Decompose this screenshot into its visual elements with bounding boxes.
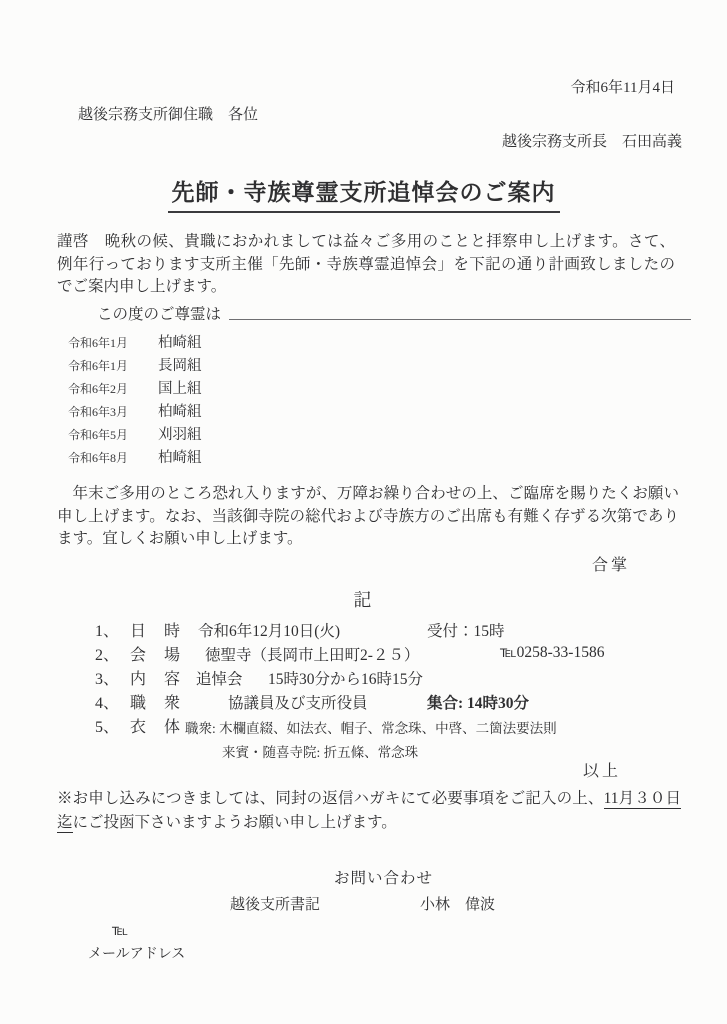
ijou-closing: 以上 <box>583 758 621 781</box>
item-value: 職衆: 木欄直綴、如法衣、帽子、常念珠、中啓、二箇法要法則 <box>185 717 557 737</box>
item-value: 徳聖寺（長岡市上田町2-２５） <box>205 643 419 665</box>
item-number: 1、 <box>95 618 119 641</box>
sonrei-heading: この度のご尊霊は <box>97 302 221 324</box>
sonrei-heading-row: この度のご尊霊は <box>97 302 691 324</box>
sonrei-date: 令和6年2月 <box>68 380 158 397</box>
sonrei-group: 柏崎組 <box>158 450 202 466</box>
sonrei-date: 令和6年3月 <box>68 403 158 420</box>
note-pre: ※お申し込みにつきましては、同封の返信ハガキにて必要事項をご記入の上、 <box>57 790 604 807</box>
item-number: 3、 <box>95 666 119 689</box>
item-number: 5、 <box>95 714 119 737</box>
document-date: 令和6年11月4日 <box>571 76 675 97</box>
sonrei-group: 柏崎組 <box>158 335 202 351</box>
sonrei-date: 令和6年1月 <box>68 334 158 351</box>
item-row-officiants: 4、 職 衆 協議員及び支所役員 集合: 14時30分 <box>0 690 727 714</box>
sonrei-row: 令和6年2月国上組 <box>68 377 202 399</box>
blank-underline <box>229 319 691 320</box>
gassho-salutation: 合掌 <box>592 552 630 575</box>
sonrei-group: 国上組 <box>158 381 202 397</box>
sonrei-row: 令和6年8月柏崎組 <box>68 446 202 468</box>
item-extra: 15時30分から16時15分 <box>268 667 423 689</box>
item-value: 協議員及び支所役員 <box>228 691 368 713</box>
item-row-venue: 2、 会 場 徳聖寺（長岡市上田町2-２５） ℡0258-33-1586 <box>0 642 727 666</box>
sonrei-row: 令和6年5月刈羽組 <box>68 423 202 445</box>
sonrei-date: 令和6年8月 <box>68 449 158 466</box>
sonrei-row: 令和6年1月長岡組 <box>68 354 202 376</box>
item-label: 会 場 <box>130 642 181 665</box>
mail-label: メールアドレス <box>88 943 185 963</box>
item-number: 2、 <box>95 642 119 665</box>
contact-name: 小林 偉波 <box>420 893 495 914</box>
contact-heading: お問い合わせ <box>0 866 727 888</box>
item-extra-assembly: 集合: 14時30分 <box>427 691 529 713</box>
sonrei-group: 長岡組 <box>158 358 202 374</box>
sender-line: 越後宗務支所長 石田高義 <box>502 130 682 151</box>
tel-label: ℡ <box>112 921 128 940</box>
scanned-letter-page: 令和6年11月4日 越後宗務支所御住職 各位 越後宗務支所長 石田高義 先師・寺… <box>0 0 727 1024</box>
sonrei-group: 刈羽組 <box>158 427 202 443</box>
item-row-content: 3、 内 容 追悼会 15時30分から16時15分 <box>0 666 727 690</box>
item-label: 職 衆 <box>130 690 181 713</box>
greeting-paragraph: 謹啓 晩秋の候、貴職におかれましては益々ご多用のことと拝察申し上げます。さて、例… <box>57 231 675 299</box>
note-paragraph: ※お申し込みにつきましては、同封の返信ハガキにて必要事項をご記入の上、11月３０… <box>57 787 681 834</box>
item-row-datetime: 1、 日 時 令和6年12月10日(火) 受付：15時 <box>0 618 727 642</box>
item-value: 令和6年12月10日(火) <box>198 619 340 641</box>
sonrei-row: 令和6年1月柏崎組 <box>68 331 202 353</box>
item-value: 来賓・随喜寺院: 折五條、常念珠 <box>222 741 418 761</box>
item-label: 内 容 <box>130 666 181 689</box>
document-title: 先師・寺族尊霊支所追悼会のご案内 <box>168 174 560 213</box>
item-extra: 受付：15時 <box>427 619 505 641</box>
item-label: 衣 体 <box>130 714 181 737</box>
item-row-attire: 5、 衣 体 職衆: 木欄直綴、如法衣、帽子、常念珠、中啓、二箇法要法則 <box>0 714 727 738</box>
closing-paragraph: 年末ご多用のところ恐れ入りますが、万障お繰り合わせの上、ご臨席を賜りたくお願い申… <box>57 483 679 551</box>
sonrei-row: 令和6年3月柏崎組 <box>68 400 202 422</box>
item-number: 4、 <box>95 690 119 713</box>
sonrei-group: 柏崎組 <box>158 404 202 420</box>
addressee-line: 越後宗務支所御住職 各位 <box>78 103 258 124</box>
contact-role: 越後支所書記 <box>230 893 320 914</box>
sonrei-date: 令和6年1月 <box>68 357 158 374</box>
sonrei-date: 令和6年5月 <box>68 426 158 443</box>
ki-heading: 記 <box>0 586 727 612</box>
document-title-wrap: 先師・寺族尊霊支所追悼会のご案内 <box>0 174 727 213</box>
item-value: 追悼会 <box>196 667 243 689</box>
item-label: 日 時 <box>130 618 181 641</box>
item-extra-tel: ℡0258-33-1586 <box>500 643 604 662</box>
note-post: にご投函下さいますようお願い申し上げます。 <box>73 814 397 831</box>
